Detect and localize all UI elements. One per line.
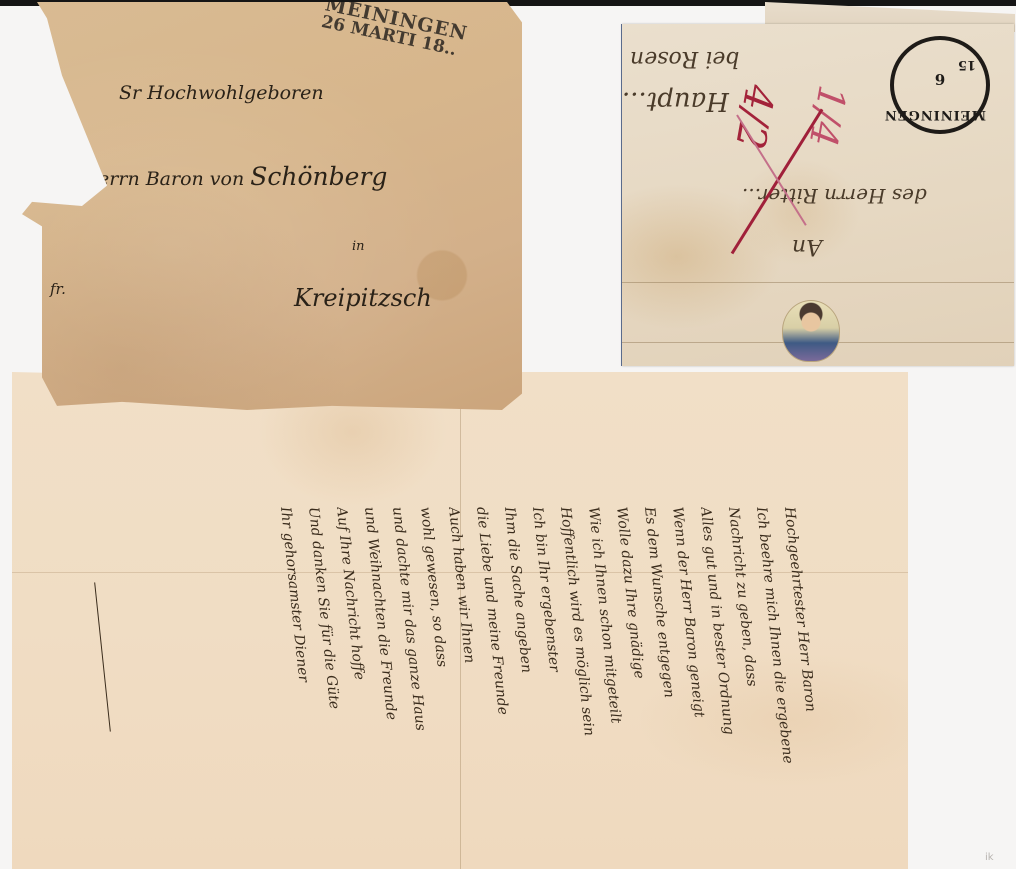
address-destination: Kreipitzsch <box>294 284 432 312</box>
fold-crease <box>622 282 1014 283</box>
envelope: MEININGEN 26 MARTI 18.. Sr Hochwohlgebor… <box>22 2 522 410</box>
upside-down-script-line: des Herrn Ritter... <box>742 184 927 208</box>
postmark-number: 15 <box>958 57 976 72</box>
postmark-town: MEININGEN <box>894 107 986 122</box>
address-in: in <box>352 239 365 254</box>
letter-body: Hochgeehrtester Herr Baron Ich beehre mi… <box>122 507 802 867</box>
address-recipient: dem Herrn Baron von Schönberg <box>34 162 387 191</box>
address-recipient-name: Schönberg <box>250 162 387 191</box>
handwritten-letter: Hochgeehrtester Herr Baron Ich beehre mi… <box>12 372 908 869</box>
red-postage-mark: 1/4 <box>801 82 855 150</box>
scan-mark: ik <box>985 852 994 863</box>
meiningen-date-stamp: MEININGEN 26 MARTI 18.. <box>320 0 469 61</box>
upside-down-script-line: An <box>792 234 822 259</box>
franco-mark: fr. <box>50 280 66 298</box>
folded-letter-cover: bei Rosen Haupt... des Herrn Ritter... A… <box>622 24 1014 366</box>
portrait-seal-icon <box>782 300 840 362</box>
address-honorific: Sr Hochwohlgeboren <box>119 82 324 104</box>
address-recipient-prefix: dem Herrn Baron von <box>34 168 244 190</box>
circular-postmark: MEININGEN 6 15 <box>890 36 990 134</box>
upside-down-script-line: bei Rosen <box>630 46 739 71</box>
signature-flourish <box>94 582 111 731</box>
postmark-day: 6 <box>894 70 986 88</box>
upside-down-script-line: Haupt... <box>622 86 729 116</box>
